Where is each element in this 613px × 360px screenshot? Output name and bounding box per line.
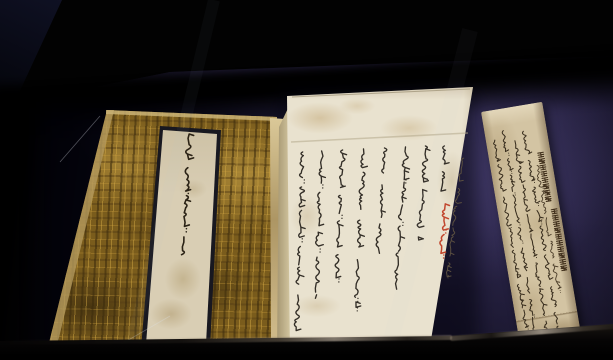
- display-case-photo: 蓮花祖師 班臣剌麻讚: [0, 0, 613, 360]
